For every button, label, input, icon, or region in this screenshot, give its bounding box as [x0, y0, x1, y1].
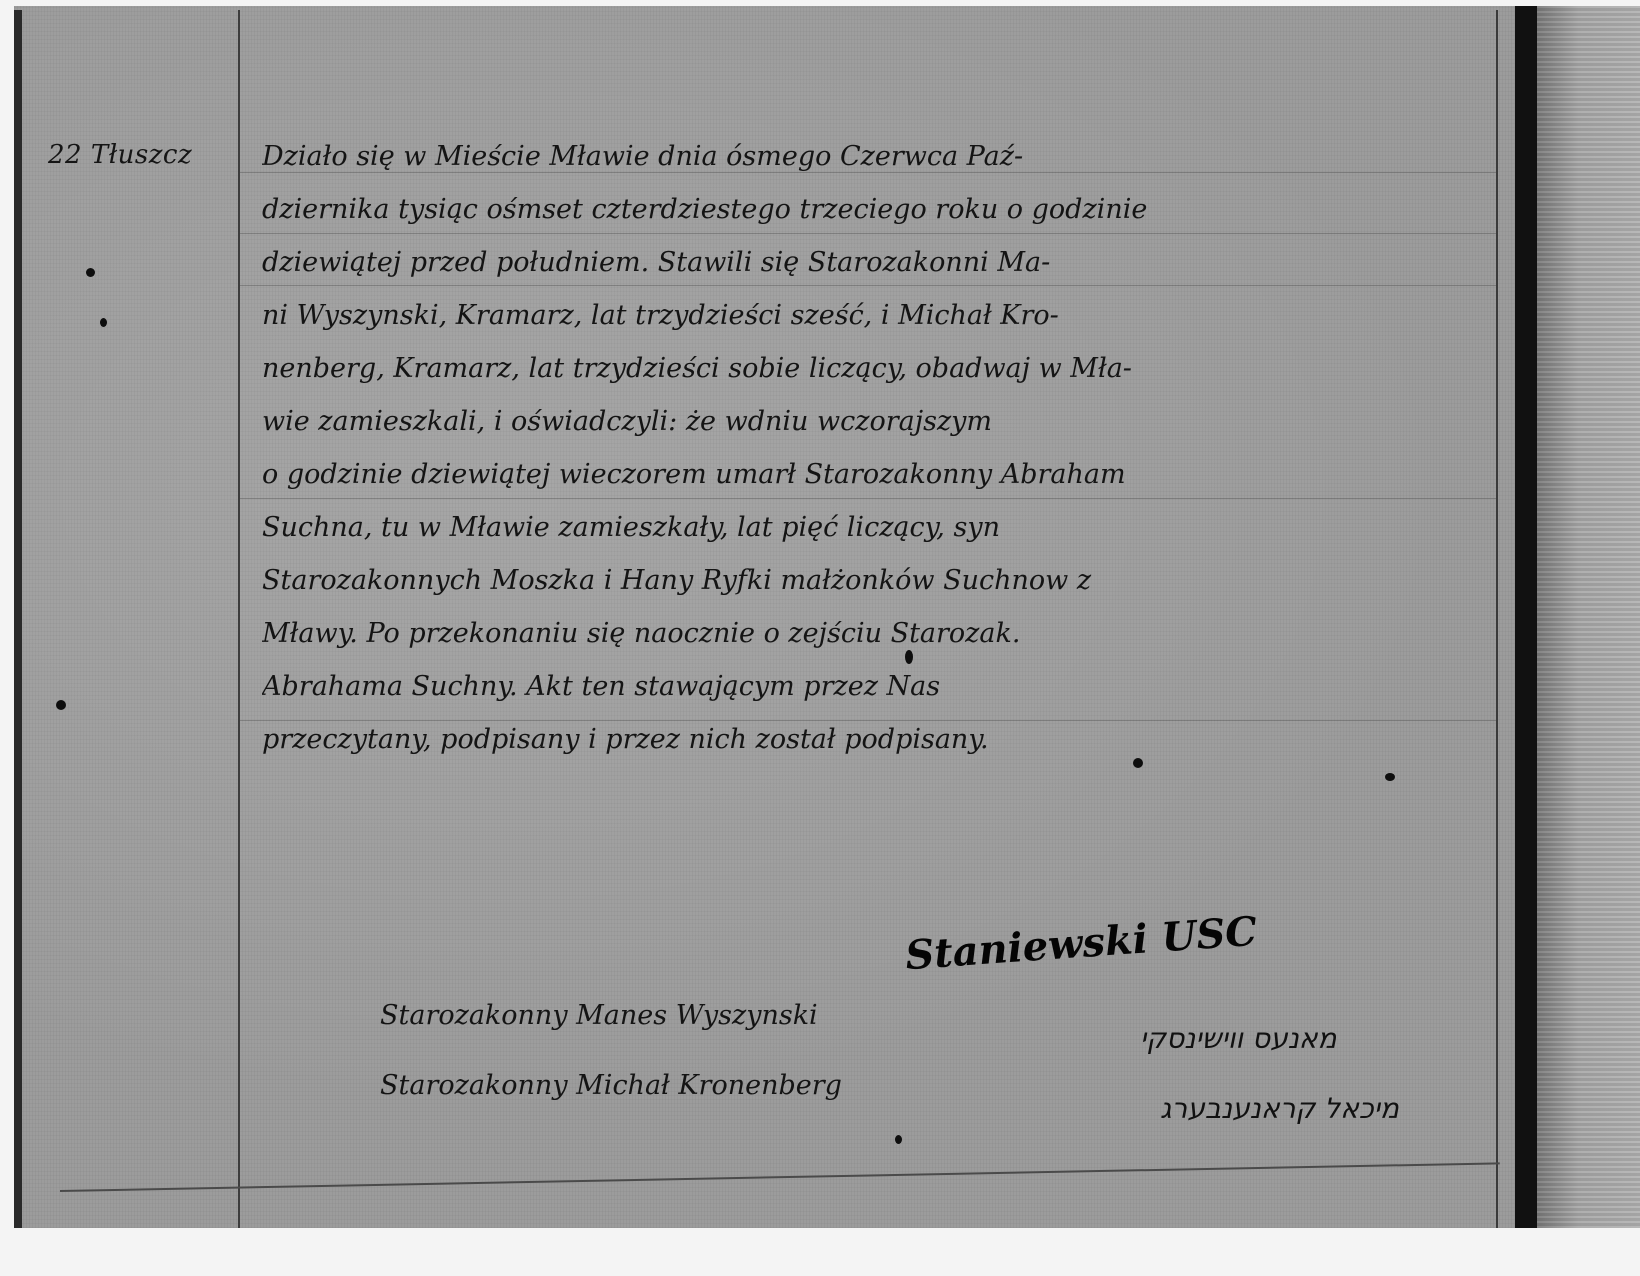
ink-speck	[895, 1135, 902, 1144]
right-margin-rule	[1496, 10, 1498, 1228]
witness-signature: Starozakonny Manes Wyszynski	[380, 1000, 818, 1031]
binding-gutter	[1537, 6, 1640, 1228]
record-line: o godzinie dziewiątej wieczorem umarł St…	[262, 448, 1492, 501]
hebrew-signature: מיכאל קראנענבערג	[1160, 1092, 1399, 1125]
ink-speck	[100, 318, 107, 327]
record-line: Starozakonnych Moszka i Hany Ryfki małżo…	[262, 554, 1492, 607]
record-line: Suchna, tu w Mławie zamieszkały, lat pię…	[262, 501, 1492, 554]
record-line: Mławy. Po przekonaniu się naocznie o zej…	[262, 607, 1492, 660]
page-left-edge	[14, 10, 22, 1228]
margin-rule	[238, 10, 240, 1228]
record-body: Działo się w Mieście Mławie dnia ósmego …	[262, 130, 1492, 766]
record-line: przeczytany, podpisany i przez nich zost…	[262, 713, 1492, 766]
record-line: Abrahama Suchny. Akt ten stawającym prze…	[262, 660, 1492, 713]
book-binding	[1515, 6, 1537, 1228]
record-line: wie zamieszkali, i oświadczyli: że wdniu…	[262, 395, 1492, 448]
record-line: dziewiątej przed południem. Stawili się …	[262, 236, 1492, 289]
ink-speck	[905, 650, 913, 664]
record-line: nenberg, Kramarz, lat trzydzieści sobie …	[262, 342, 1492, 395]
record-line: ni Wyszynski, Kramarz, lat trzydzieści s…	[262, 289, 1492, 342]
margin-entry-number: 22 Tłuszcz	[48, 140, 192, 170]
ink-speck	[56, 700, 66, 710]
ink-speck	[1133, 758, 1143, 768]
witness-signature: Starozakonny Michał Kronenberg	[380, 1070, 842, 1101]
ink-speck	[1385, 773, 1395, 781]
record-line: dziernika tysiąc ośmset czterdziestego t…	[262, 183, 1492, 236]
ink-speck	[86, 268, 95, 277]
record-line: Działo się w Mieście Mławie dnia ósmego …	[262, 130, 1492, 183]
hebrew-signature: מאנעס ווישינסקי	[1140, 1022, 1337, 1055]
